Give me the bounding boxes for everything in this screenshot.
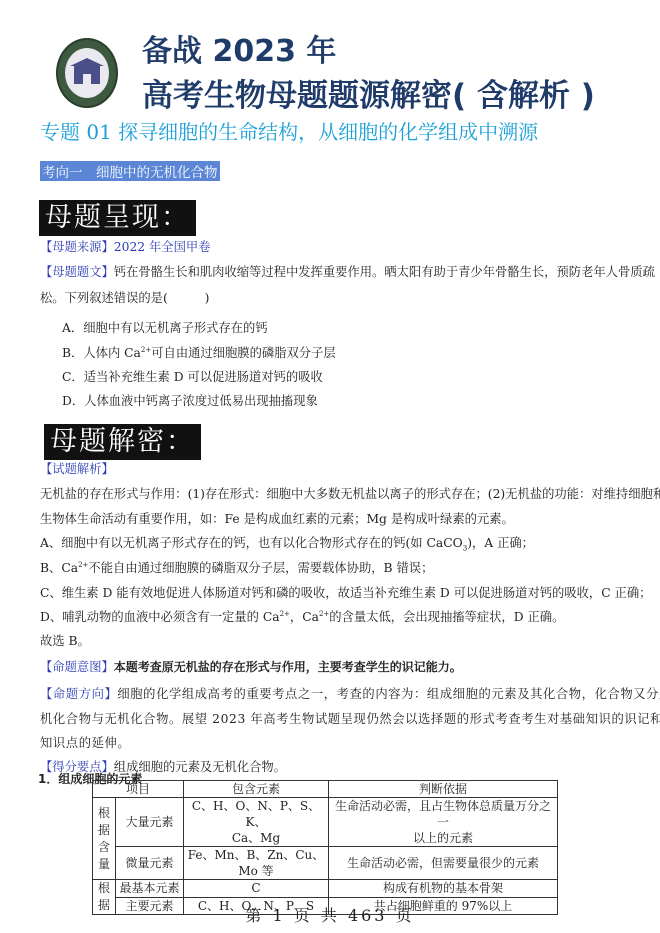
option-label: B． (62, 346, 83, 360)
text: 不能自由通过细胞膜的磷脂双分子层，需要载体协助，B 错误； (88, 561, 433, 575)
analysis-line2: 生物体生命活动有重要作用，如：Fe 是构成血红素的元素；Mg 是构成叶绿素的元素… (40, 510, 514, 528)
cell-line: Mo 等 (187, 863, 325, 879)
elements-cell: C (184, 880, 329, 898)
table-header-row: 项目 包含元素 判断依据 (93, 781, 558, 798)
item-cell: 大量元素 (116, 798, 184, 847)
question-line2: 松。下列叙述错误的是( ) (40, 289, 209, 307)
header-cell: 包含元素 (184, 781, 329, 798)
analysis-c: C、维生素 D 能有效地促进人体肠道对钙和磷的吸收，故适当补充维生素 D 可以促… (40, 584, 651, 602)
table-row: 根据含量 大量元素 C、H、O、N、P、S、K、Ca、Mg 生命活动必需，且占生… (93, 798, 558, 847)
text: 的含量太低，会出现抽搐等症状，D 正确。 (329, 610, 564, 624)
document-title-line2: 高考生物母题题源解密( 含解析 ) (142, 70, 595, 115)
document-title-line1: 备战 2023 年 (142, 26, 336, 70)
option-text: 适当补充维生素 D 可以促进肠道对钙的吸收 (84, 370, 323, 384)
question-tag: 【母题题文】 (40, 265, 114, 279)
direction-line1: 【命题方向】细胞的化学组成高考的重要考点之一，考查的内容为：组成细胞的元素及其化… (40, 685, 660, 703)
basis-cell: 构成有机物的基本骨架 (329, 880, 558, 898)
text: D、哺乳动物的血液中必须含有一定量的 Ca (40, 610, 280, 624)
source-value: 2022 年全国甲卷 (114, 240, 211, 254)
intent-tag: 【命题意图】 (40, 660, 114, 674)
option-text: 人体内 Ca (83, 346, 141, 360)
text: B、Ca (40, 561, 78, 575)
basis-cell: 生命活动必需，但需要量很少的元素 (329, 847, 558, 880)
text: A、细胞中有以无机离子形式存在的钙，也有以化合物形式存在的钙(如 CaCO (40, 536, 463, 550)
superscript: 2+ (319, 610, 329, 618)
direction-line3: 知识点的延伸。 (40, 734, 130, 752)
option-text: 细胞中有以无机离子形式存在的钙 (83, 321, 267, 335)
question-text-1: 钙在骨骼生长和肌肉收缩等过程中发挥重要作用。晒太阳有助于青少年骨骼生长，预防老年… (114, 265, 655, 279)
section-heading-presentation: 母题呈现： (39, 200, 196, 236)
superscript: 2+ (280, 610, 290, 618)
topic-heading: 专题 01 探寻细胞的生命结构，从细胞的化学组成中溯源 (40, 116, 538, 145)
superscript: 2+ (141, 346, 151, 354)
option-text: 可自由通过细胞膜的磷脂双分子层 (151, 346, 335, 360)
item-cell: 最基本元素 (116, 880, 184, 898)
cell-line: Fe、Mn、B、Zn、Cu、 (187, 847, 325, 863)
cell-line: Ca、Mg (187, 830, 325, 846)
option-label: A． (62, 321, 83, 335)
direction-tag: 【命题方向】 (40, 687, 117, 701)
cell-line: 以上的元素 (332, 830, 554, 846)
cell-line: 生命活动必需，且占生物体总质量万分之一 (332, 798, 554, 830)
option-b: B．人体内 Ca2+可自由通过细胞膜的磷脂双分子层 (62, 343, 336, 361)
question-line1: 【母题题文】钙在骨骼生长和肌肉收缩等过程中发挥重要作用。晒太阳有助于青少年骨骼生… (40, 263, 655, 281)
analysis-d: D、哺乳动物的血液中必须含有一定量的 Ca2+，Ca2+的含量太低，会出现抽搐等… (40, 608, 564, 626)
header-cell: 项目 (93, 781, 184, 798)
source-line: 【母题来源】2022 年全国甲卷 (40, 238, 211, 256)
option-text: 人体血液中钙离子浓度过低易出现抽搐现象 (84, 394, 318, 408)
option-label: D． (62, 394, 84, 408)
intent-text: 本题考查原无机盐的存在形式与作用，主要考查学生的识记能力。 (114, 660, 462, 674)
university-seal-logo-icon (56, 38, 118, 108)
analysis-b: B、Ca2+不能自由通过细胞膜的磷脂双分子层，需要载体协助，B 错误； (40, 559, 433, 577)
text: ，Ca (290, 610, 319, 624)
table-row: 微量元素 Fe、Mn、B、Zn、Cu、Mo 等 生命活动必需，但需要量很少的元素 (93, 847, 558, 880)
option-a: A．细胞中有以无机离子形式存在的钙 (62, 318, 268, 336)
elements-table: 项目 包含元素 判断依据 根据含量 大量元素 C、H、O、N、P、S、K、Ca、… (92, 780, 558, 915)
option-label: C． (62, 370, 84, 384)
analysis-line1: 无机盐的存在形式与作用：(1)存在形式：细胞中大多数无机盐以离子的形式存在；(2… (40, 485, 660, 503)
seal-inner (65, 48, 109, 98)
item-cell: 微量元素 (116, 847, 184, 880)
direction-highlight: 考向一 细胞中的无机化合物 (40, 161, 220, 181)
section-heading-analysis: 母题解密： (44, 424, 201, 460)
elements-cell: C、H、O、N、P、S、K、Ca、Mg (184, 798, 329, 847)
table-row: 根据 最基本元素 C 构成有机物的基本骨架 (93, 880, 558, 898)
analysis-tag: 【试题解析】 (40, 460, 114, 478)
direction-line2: 机化合物与无机化合物。展望 2023 年高考生物试题呈现仍然会以选择题的形式考查… (40, 710, 660, 728)
source-tag: 【母题来源】 (40, 240, 114, 254)
intent-line: 【命题意图】本题考查原无机盐的存在形式与作用，主要考查学生的识记能力。 (40, 658, 462, 676)
analysis-a: A、细胞中有以无机离子形式存在的钙，也有以化合物形式存在的钙(如 CaCO3)，… (40, 534, 534, 552)
basis-cell: 生命活动必需，且占生物体总质量万分之一以上的元素 (329, 798, 558, 847)
option-d: D．人体血液中钙离子浓度过低易出现抽搐现象 (62, 391, 318, 409)
cell-line: C、H、O、N、P、S、K、 (187, 798, 325, 830)
seal-door (83, 74, 91, 84)
page-number-footer: 第 1 页 共 463 页 (0, 903, 660, 926)
group-label-content: 根据含量 (93, 798, 116, 880)
analysis-tag-text: 【试题解析】 (40, 462, 114, 476)
answer-line: 故选 B。 (40, 632, 90, 650)
direction-text-1: 细胞的化学组成高考的重要考点之一，考查的内容为：组成细胞的元素及其化合物，化合物… (117, 687, 660, 701)
elements-cell: Fe、Mn、B、Zn、Cu、Mo 等 (184, 847, 329, 880)
header-cell: 判断依据 (329, 781, 558, 798)
superscript: 2+ (78, 561, 88, 569)
text: )，A 正确； (467, 536, 534, 550)
option-c: C．适当补充维生素 D 可以促进肠道对钙的吸收 (62, 367, 323, 385)
